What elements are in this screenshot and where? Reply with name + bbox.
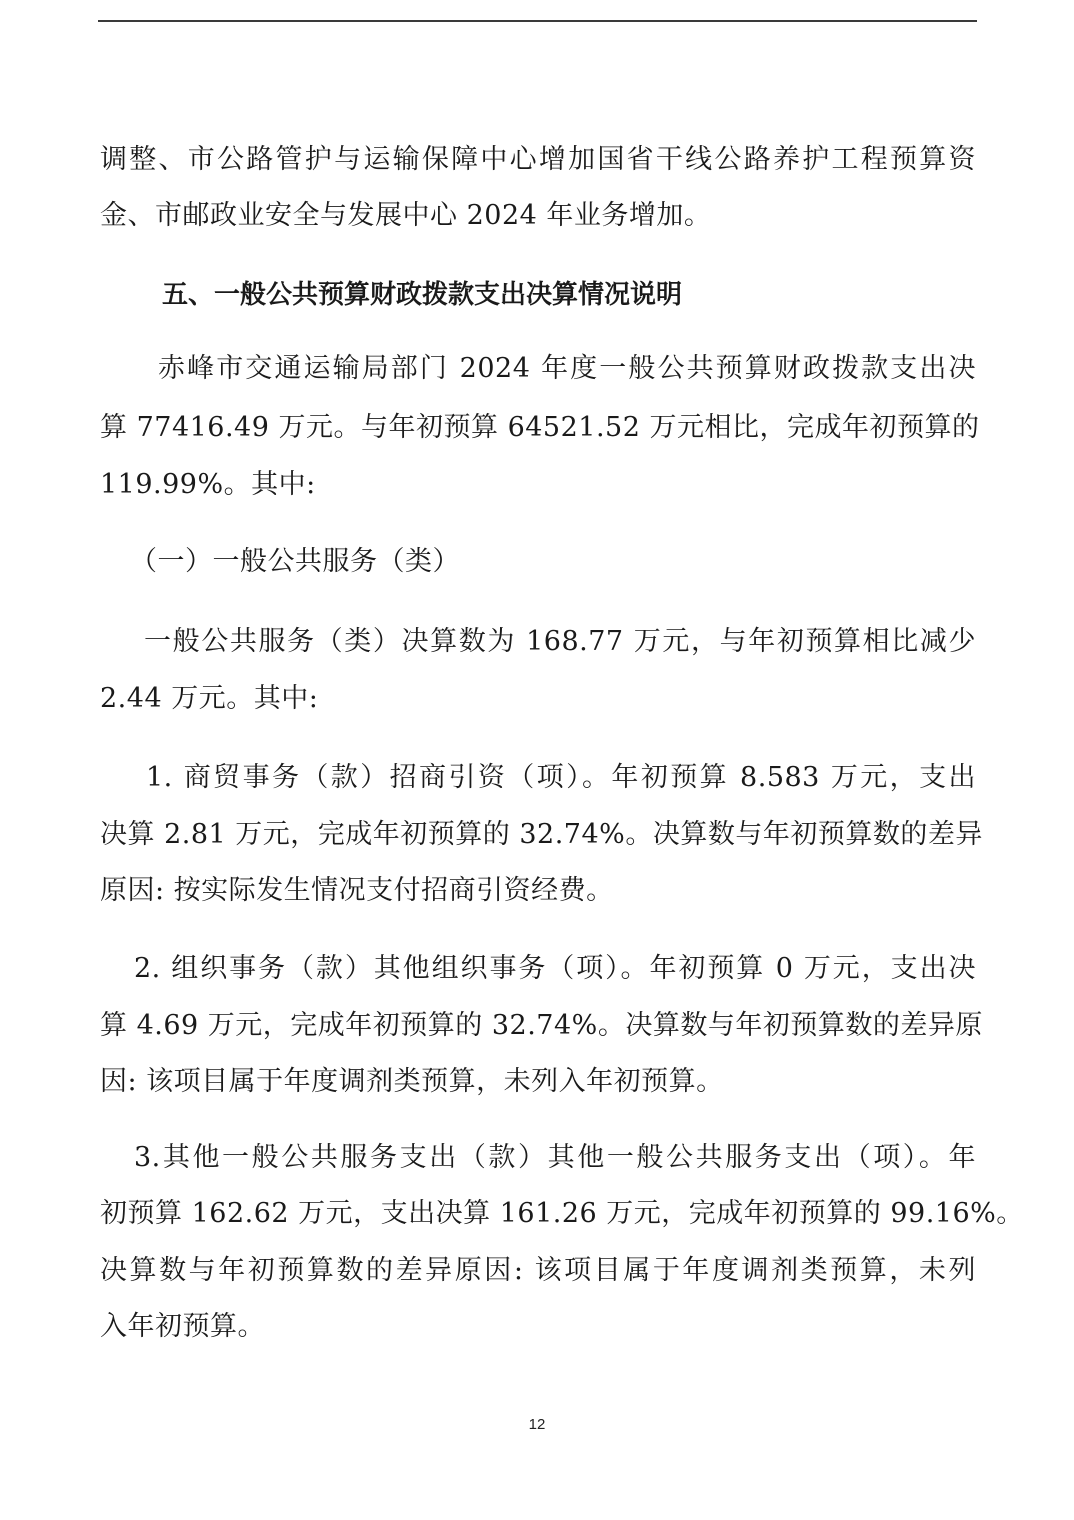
item-3-line-4: 入年初预算。 [100,1310,976,1344]
item-2-line-3: 因: 该项目属于年度调剂类预算，未列入年初预算。 [100,1065,976,1099]
summary-line-1: 赤峰市交通运输局部门 2024 年度一般公共预算财政拨款支出决 [158,352,976,386]
item-1-line-1: 1. 商贸事务（款）招商引资（项）。年初预算 8.583 万元，支出 [146,761,976,795]
header-rule-divider [98,20,977,22]
item-1-line-3: 原因: 按实际发生情况支付招商引资经费。 [100,874,976,908]
subsection-intro-line-2: 2.44 万元。其中: [100,682,976,716]
item-3-line-1: 3.其他一般公共服务支出（款）其他一般公共服务支出（项）。年 [134,1141,976,1175]
page-number: 12 [0,1416,1074,1433]
item-3-line-3: 决算数与年初预算数的差异原因: 该项目属于年度调剂类预算，未列 [100,1254,976,1288]
continuation-line-1: 调整、市公路管护与运输保障中心增加国省干线公路养护工程预算资 [100,143,976,177]
item-2-line-2: 算 4.69 万元，完成年初预算的 32.74%。决算数与年初预算数的差异原 [100,1009,976,1043]
summary-line-2: 算 77416.49 万元。与年初预算 64521.52 万元相比，完成年初预算… [100,411,976,445]
continuation-line-2: 金、市邮政业安全与发展中心 2024 年业务增加。 [100,199,976,233]
summary-line-3: 119.99%。其中: [100,468,976,502]
item-3-line-2: 初预算 162.62 万元，支出决算 161.26 万元，完成年初预算的 99.… [100,1197,976,1231]
subsection-heading: （一）一般公共服务（类） [130,545,1006,579]
subsection-intro-line-1: 一般公共服务（类）决算数为 168.77 万元，与年初预算相比减少 [144,625,976,659]
section-heading: 五、一般公共预算财政拨款支出决算情况说明 [162,278,1038,312]
item-2-line-1: 2. 组织事务（款）其他组织事务（项）。年初预算 0 万元，支出决 [134,952,976,986]
item-1-line-2: 决算 2.81 万元，完成年初预算的 32.74%。决算数与年初预算数的差异 [100,818,976,852]
